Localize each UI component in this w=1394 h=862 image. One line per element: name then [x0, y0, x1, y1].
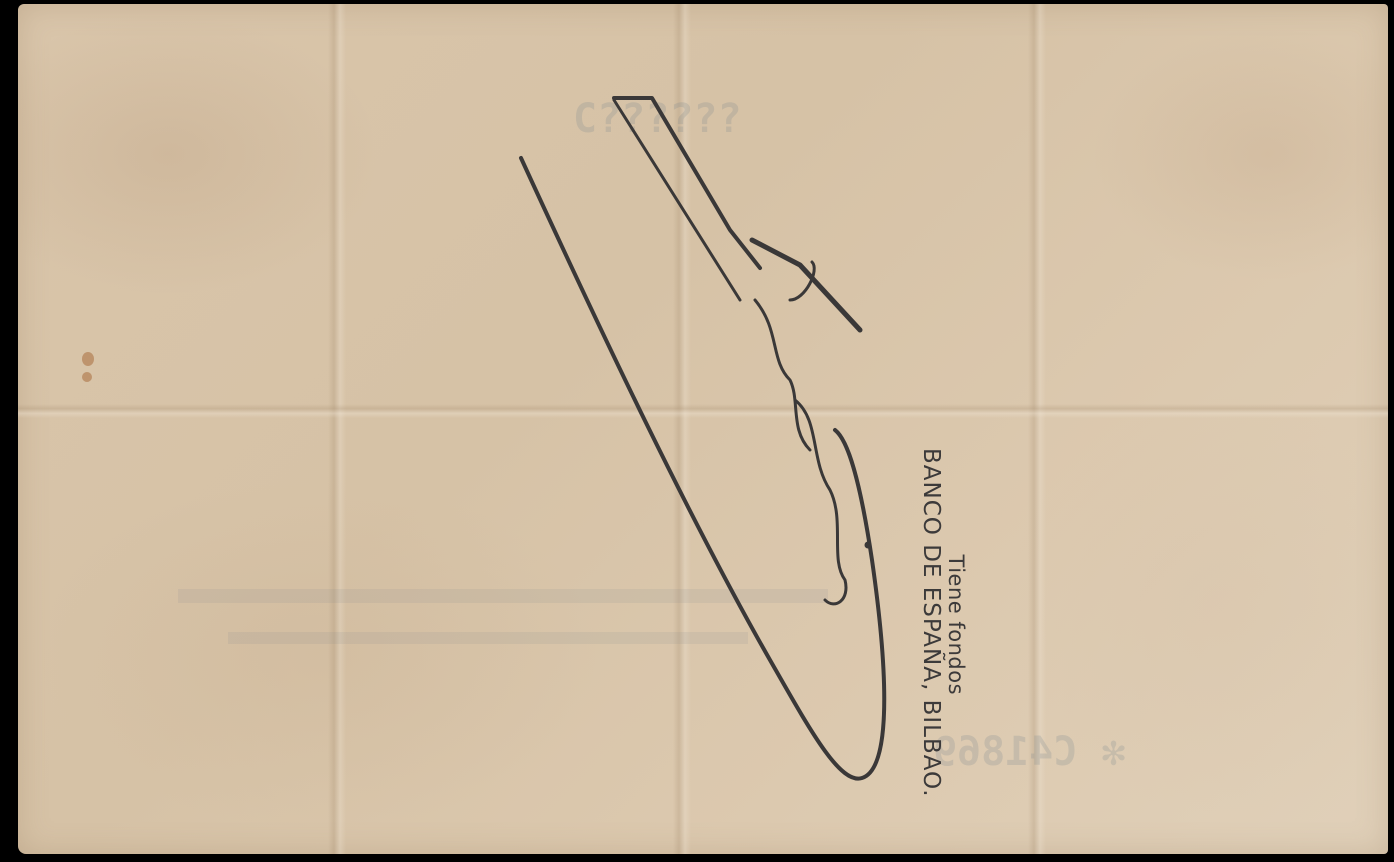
signature — [0, 0, 1394, 862]
